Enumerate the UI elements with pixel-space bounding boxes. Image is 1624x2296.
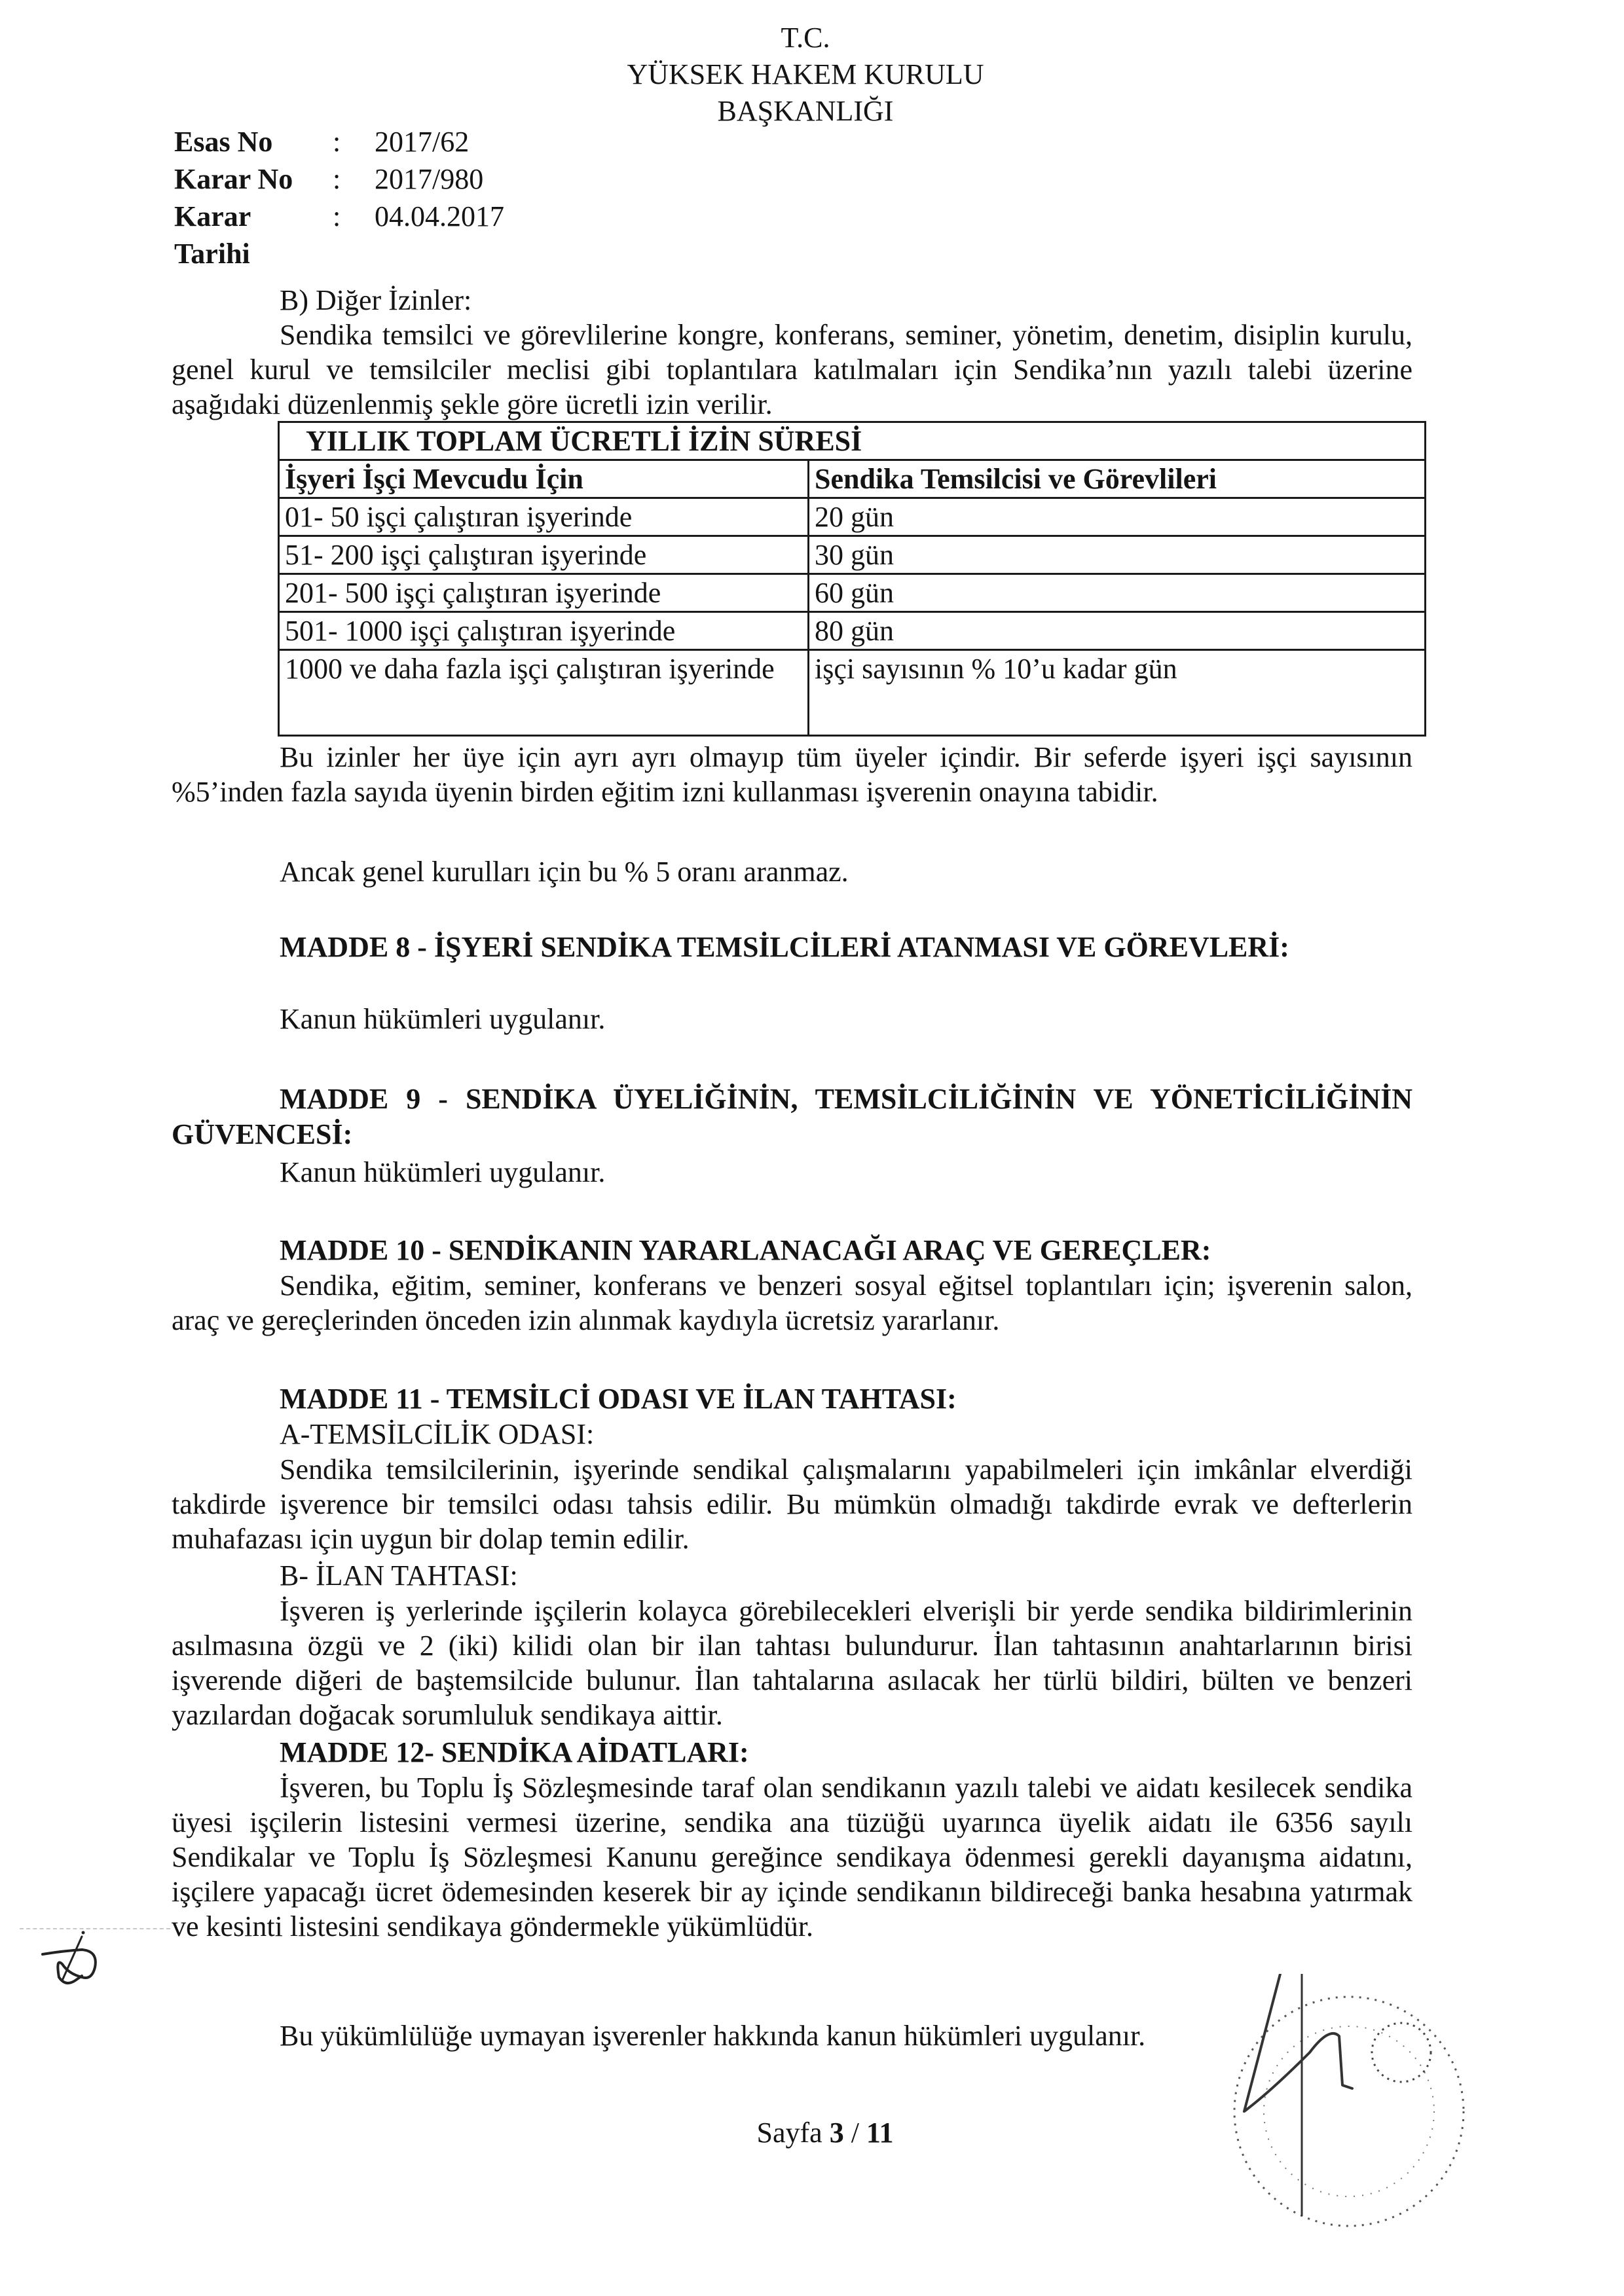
madde-8-body: Kanun hükümleri uygulanır. xyxy=(280,1002,605,1036)
meta-row-esas: Esas No : 2017/62 xyxy=(174,123,504,160)
madde-11-body-b: İşveren iş yerlerinde işçilerin kolayca … xyxy=(172,1594,1412,1732)
page-total: 11 xyxy=(866,2117,894,2149)
madde-9-body: Kanun hükümleri uygulanır. xyxy=(280,1155,605,1190)
column-header: Sendika Temsilcisi ve Görevlileri xyxy=(809,460,1426,498)
table-cell: 51- 200 işçi çalıştıran işyerinde xyxy=(279,536,809,574)
table-row: 01- 50 işçi çalıştıran işyerinde 20 gün xyxy=(279,498,1426,536)
page-sep: / xyxy=(851,2117,859,2149)
madde-8-heading: MADDE 8 - İŞYERİ SENDİKA TEMSİLCİLERİ AT… xyxy=(172,930,1412,965)
meta-value: 2017/62 xyxy=(375,123,469,160)
section-b-title: B) Diğer İzinler: xyxy=(280,283,471,318)
table-cell: 01- 50 işçi çalıştıran işyerinde xyxy=(279,498,809,536)
table-header-row: İşyeri İşçi Mevcudu İçin Sendika Temsilc… xyxy=(279,460,1426,498)
page-current: 3 xyxy=(830,2117,844,2149)
meta-sep: : xyxy=(333,198,375,272)
table-cell: 1000 ve daha fazla işçi çalıştıran işyer… xyxy=(279,650,809,736)
case-metadata: Esas No : 2017/62 Karar No : 2017/980 Ka… xyxy=(174,123,504,272)
header-line-court: YÜKSEK HAKEM KURULU xyxy=(511,56,1100,93)
meta-value: 04.04.2017 xyxy=(375,198,504,272)
madde-12-body: İşveren, bu Toplu İş Sözleşmesinde taraf… xyxy=(172,1770,1412,1944)
table-row: 201- 500 işçi çalıştıran işyerinde 60 gü… xyxy=(279,574,1426,612)
table-title-row: YILLIK TOPLAM ÜCRETLİ İZİN SÜRESİ xyxy=(279,422,1426,460)
table-row: 1000 ve daha fazla işçi çalıştıran işyer… xyxy=(279,650,1426,736)
madde-9-heading: MADDE 9 - SENDİKA ÜYELİĞİNİN, TEMSİLCİLİ… xyxy=(172,1082,1412,1152)
table-cell: işçi sayısının % 10’u kadar gün xyxy=(809,650,1426,736)
madde-12-heading: MADDE 12- SENDİKA AİDATLARI: xyxy=(280,1735,749,1770)
header-line-tc: T.C. xyxy=(511,20,1100,56)
madde-11-sub-b: B- İLAN TAHTASI: xyxy=(280,1558,518,1593)
column-header: İşyeri İşçi Mevcudu İçin xyxy=(279,460,809,498)
table-cell: 30 gün xyxy=(809,536,1426,574)
meta-label: Karar Tarihi xyxy=(174,198,333,272)
meta-sep: : xyxy=(333,160,375,198)
madde-11-sub-a: A-TEMSİLCİLİK ODASI: xyxy=(280,1417,594,1451)
meta-label: Karar No xyxy=(174,160,333,198)
table-row: 501- 1000 işçi çalıştıran işyerinde 80 g… xyxy=(279,612,1426,650)
meta-row-karar-tarihi: Karar Tarihi : 04.04.2017 xyxy=(174,198,504,272)
table-cell: 60 gün xyxy=(809,574,1426,612)
section-b-intro: Sendika temsilci ve görevlilerine kongre… xyxy=(172,318,1412,422)
meta-label: Esas No xyxy=(174,123,333,160)
madde-10-body: Sendika, eğitim, seminer, konferans ve b… xyxy=(172,1268,1412,1338)
paid-leave-table: YILLIK TOPLAM ÜCRETLİ İZİN SÜRESİ İşyeri… xyxy=(278,421,1426,737)
meta-value: 2017/980 xyxy=(375,160,483,198)
page-number: Sayfa 3 / 11 xyxy=(694,2116,956,2149)
table-cell: 80 gün xyxy=(809,612,1426,650)
madde-11-heading: MADDE 11 - TEMSİLCİ ODASI VE İLAN TAHTAS… xyxy=(280,1381,957,1416)
leave-note-paragraph: Bu izinler her üye için ayrı ayrı olmayı… xyxy=(172,740,1412,809)
meta-sep: : xyxy=(333,123,375,160)
official-stamp-with-signature-icon xyxy=(1218,1974,1493,2265)
header-line-presidency: BAŞKANLIĞI xyxy=(511,93,1100,130)
table-cell: 20 gün xyxy=(809,498,1426,536)
madde-10-heading: MADDE 10 - SENDİKANIN YARARLANACAĞI ARAÇ… xyxy=(280,1233,1211,1267)
table-cell: 201- 500 işçi çalıştıran işyerinde xyxy=(279,574,809,612)
page-prefix: Sayfa xyxy=(757,2117,822,2149)
madde-12-closing: Bu yükümlülüğe uymayan işverenler hakkın… xyxy=(280,2018,1145,2053)
leave-exception-paragraph: Ancak genel kurulları için bu % 5 oranı … xyxy=(280,854,849,889)
madde-11-body-a: Sendika temsilcilerinin, işyerinde sendi… xyxy=(172,1452,1412,1556)
signature-initials-icon xyxy=(36,1925,108,2000)
table-cell: 501- 1000 işçi çalıştıran işyerinde xyxy=(279,612,809,650)
table-row: 51- 200 işçi çalıştıran işyerinde 30 gün xyxy=(279,536,1426,574)
table-title: YILLIK TOPLAM ÜCRETLİ İZİN SÜRESİ xyxy=(279,422,1426,460)
institution-header: T.C. YÜKSEK HAKEM KURULU BAŞKANLIĞI xyxy=(511,20,1100,130)
meta-row-karar-no: Karar No : 2017/980 xyxy=(174,160,504,198)
